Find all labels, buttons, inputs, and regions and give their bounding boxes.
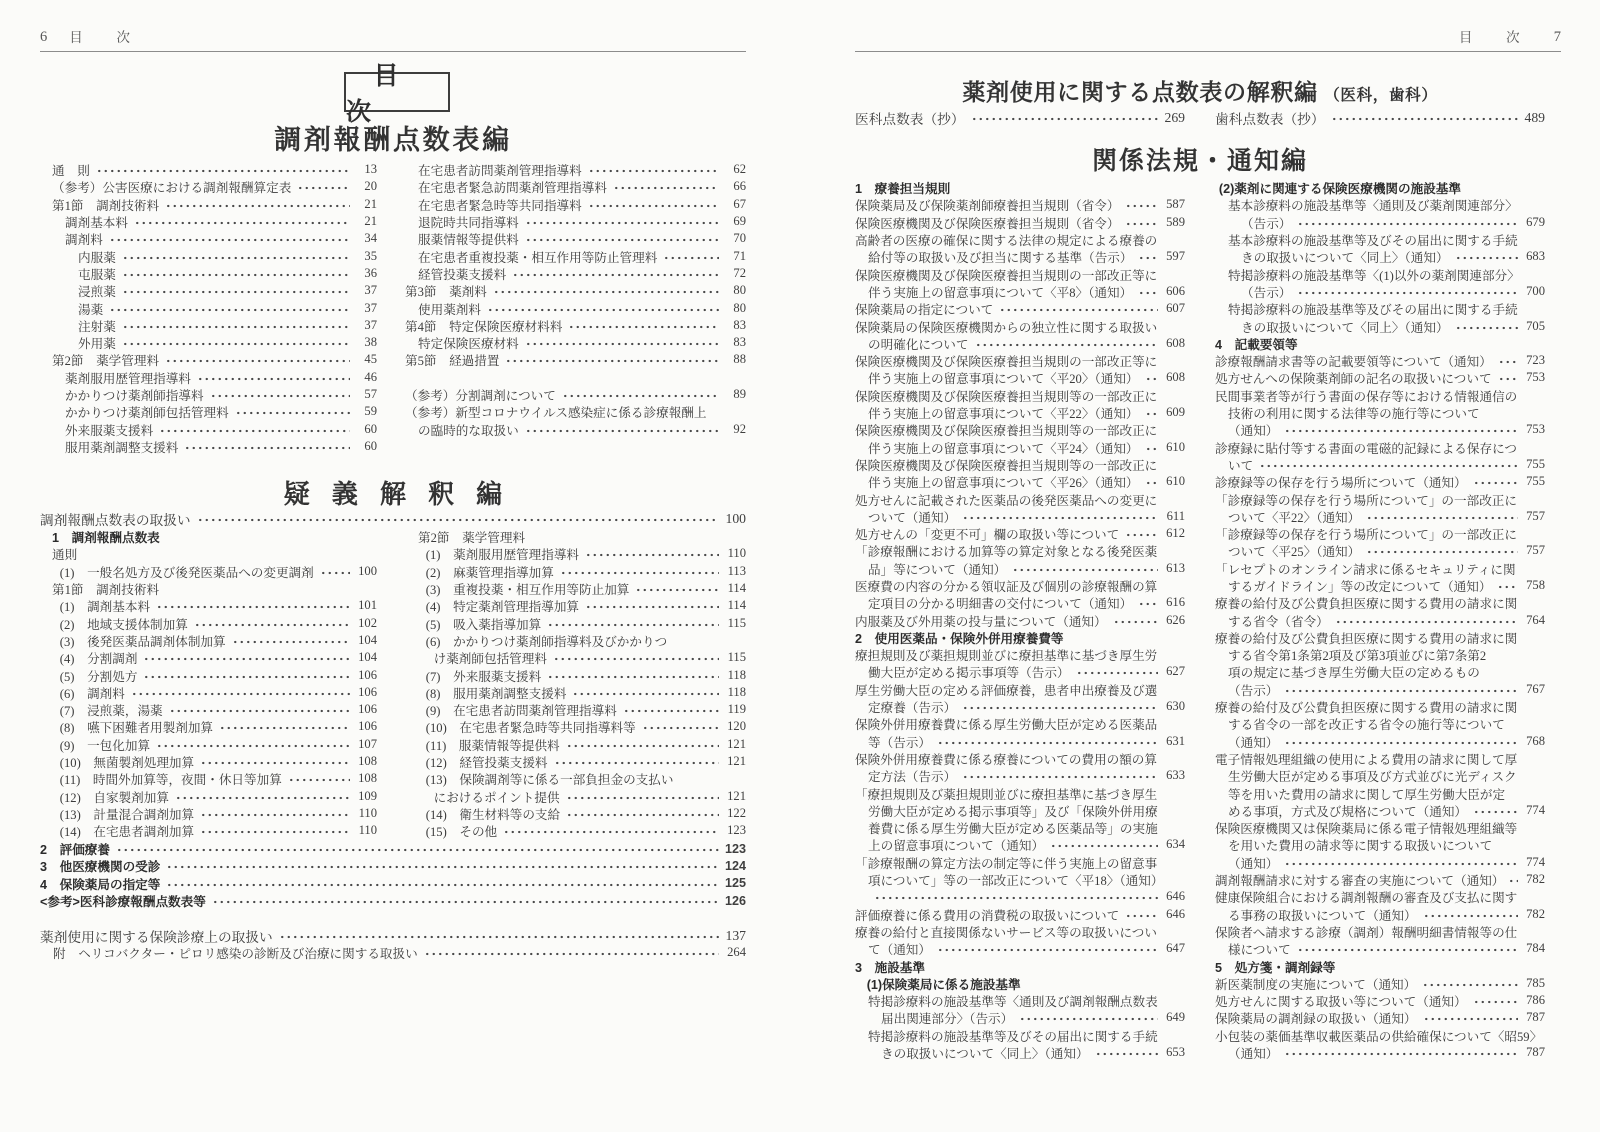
toc-text-line: (2)薬剤に関連する保険医療機関の施設基準 xyxy=(1215,179,1545,196)
toc-entry-label: て（通知） xyxy=(868,939,931,958)
toc-entry-label: (3) 後発医薬品調剤体制加算 xyxy=(60,631,226,650)
toc-entry: 新医薬制度の実施について（通知）785 xyxy=(1215,975,1545,992)
toc-entry-label: ついて〈平22〉（通知） xyxy=(1228,507,1360,526)
toc-entry-label: 保険者へ請求する診療（調剤）報酬明細書情報等の仕 xyxy=(1215,922,1517,941)
toc-entry-label: (6) かかりつけ薬剤師指導料及びかかりつ xyxy=(426,631,667,650)
toc-entry-page-number: 757 xyxy=(1522,543,1545,558)
toc-entry-label: (15) その他 xyxy=(426,821,497,840)
toc-entry-page-number: 100 xyxy=(723,511,746,527)
toc-text-line: (13) 保険調剤等に係る一部負担金の支払い xyxy=(418,770,746,787)
toc-entry-label: 屯服薬 xyxy=(78,264,116,283)
toc-entry-label: 電子情報処理組織の使用による費用の請求に関して厚 xyxy=(1215,749,1517,768)
toc-entry-label: 伴う実施上の留意事項について〈平26〉（通知） xyxy=(868,472,1139,491)
dot-leader xyxy=(1012,567,1158,573)
toc-entry-label: 高齢者の医療の確保に関する法律の規定による療養の xyxy=(855,230,1157,249)
toc-column: 通 則13（参考）公害医療における調剤報酬算定表20第1節 調剤技術料21調剤基… xyxy=(52,161,377,455)
toc-entry-label: 診療録等の保存を行う場所について（通知） xyxy=(1215,472,1467,491)
toc-entry: 等（告示）631 xyxy=(855,733,1185,750)
dot-leader xyxy=(165,203,350,209)
toc-text-line: 保険医療機関及び保険医療養担当規則等の一部改正に xyxy=(855,421,1185,438)
toc-text-line: 保険医療機関及び保険医療養担当規則等の一部改正に xyxy=(855,456,1185,473)
toc-text-line: 療養の給付及び公費負担医療に関する費用の請求に関 xyxy=(1215,629,1545,646)
toc-entry-label: 調剤料 xyxy=(65,229,103,248)
toc-entry-label: 「療担規則及び薬担規則並びに療担基準に基づき厚生 xyxy=(855,784,1157,803)
toc-entry-page-number: 108 xyxy=(354,771,377,786)
toc-text-line: する省令の一部を改正する省令の施行等について xyxy=(1215,715,1545,732)
toc-text-line: 民間事業者等が行う書面の保存等における情報通信の xyxy=(1215,387,1545,404)
toc-entry: (4) 分割調剤104 xyxy=(52,649,377,666)
toc-entry-label: 4 記載要領等 xyxy=(1215,334,1298,353)
toc-entry-page-number: 787 xyxy=(1522,1010,1545,1025)
toc-title-box: 目次 xyxy=(344,72,450,112)
toc-entry: の明確化について608 xyxy=(855,335,1185,352)
toc-text-line: (6) かかりつけ薬剤師指導料及びかかりつ xyxy=(418,632,746,649)
dot-leader xyxy=(175,795,350,801)
toc-entry-label: 処方せんに関する取扱い等について（通知） xyxy=(1215,991,1467,1010)
page-left: 6 目 次 目次 調剤報酬点数表編 通 則13（参考）公害医療における調剤報酬算… xyxy=(0,0,800,1132)
toc-text-line: する省令第1条第2項及び第3項並びに第7条第2 xyxy=(1215,646,1545,663)
toc-entry-label: 歯科点数表（抄） xyxy=(1215,108,1325,128)
dot-leader xyxy=(1076,670,1159,676)
toc-entry: する省令（省令）764 xyxy=(1215,611,1545,628)
toc-entry-page-number: 113 xyxy=(723,564,746,579)
dot-leader xyxy=(424,951,719,957)
toc-entry-label: 医科点数表（抄） xyxy=(855,108,965,128)
toc-entry: (9) 一包化加算107 xyxy=(52,736,377,753)
toc-entry-label: 5 処方箋・調剤録等 xyxy=(1215,957,1335,976)
toc-entry-page-number: 100 xyxy=(354,564,377,579)
toc-entry-label: け薬剤師包括管理料 xyxy=(434,648,547,667)
toc-entry-label: 服用薬剤調整支援料 xyxy=(65,437,178,456)
toc-entry: <参考>医科診療報酬点数表等126 xyxy=(40,892,746,909)
toc-entry-page-number: 66 xyxy=(723,179,746,194)
dot-leader xyxy=(219,725,350,731)
toc-entry-page-number: 785 xyxy=(1522,976,1545,991)
toc-entry: （参考）分割調剤について89 xyxy=(405,386,746,403)
toc-entry-label: 療担規則及び薬担規則並びに療担基準に基づき厚生労 xyxy=(855,645,1157,664)
toc-entry-label: 第1節 調剤技術料 xyxy=(52,195,159,214)
toc-entry-page-number: 758 xyxy=(1522,578,1545,593)
toc-entry-label: (14) 在宅患者調剤加算 xyxy=(60,821,194,840)
dot-leader xyxy=(156,604,350,610)
toc-entry-page-number: 57 xyxy=(354,387,377,402)
part-title-suffix: （医科，歯科） xyxy=(1324,87,1437,104)
toc-entry-label: (1)保険薬局に係る施設基準 xyxy=(867,974,1021,993)
toc-column: 医科点数表（抄）269 xyxy=(855,109,1185,126)
toc-entry-page-number: 114 xyxy=(723,581,746,596)
toc-entry-label: 2 使用医薬品・保険外併用療養費等 xyxy=(855,628,1064,647)
toc-entry-label: 3 他医療機関の受診 xyxy=(40,856,160,875)
toc-text-line: 技術の利用に関する法律等の施行等について xyxy=(1215,404,1545,421)
toc-entry-page-number: 121 xyxy=(723,754,746,769)
toc-entry-page-number: 118 xyxy=(723,685,746,700)
toc-entry-page-number: 597 xyxy=(1162,249,1185,264)
toc-entry-page-number: 21 xyxy=(354,214,377,229)
toc-entry-page-number: 646 xyxy=(1162,889,1185,904)
dot-leader xyxy=(165,358,350,364)
toc-entry: 届出関連部分〉（告示）649 xyxy=(855,1009,1185,1026)
toc-entry: 診療録等の保存を行う場所について（通知）755 xyxy=(1215,473,1545,490)
toc-entry-page-number: 70 xyxy=(723,231,746,246)
dot-leader xyxy=(962,705,1158,711)
dot-leader xyxy=(1145,376,1158,382)
toc-entry-label: 「レセプトのオンライン請求に係るセキュリティに関 xyxy=(1215,559,1516,578)
toc-entry-page-number: 626 xyxy=(1162,613,1185,628)
toc-entry-label: (1) 薬剤服用歴管理指導料 xyxy=(426,544,579,563)
dot-leader xyxy=(1284,1051,1518,1057)
toc-entry-label: 1 療養担当規則 xyxy=(855,178,950,197)
toc-text-line: 「診療報酬の算定方法の制定等に伴う実施上の留意事 xyxy=(855,854,1185,871)
toc-entry-page-number: 782 xyxy=(1522,872,1545,887)
toc-entry-page-number: 633 xyxy=(1162,768,1185,783)
toc-entry-label: 保険薬局の調剤録の取扱い（通知） xyxy=(1215,1008,1417,1027)
toc-entry-label: 療養の給付と直接関係ないサービス等の取扱いについ xyxy=(855,922,1157,941)
toc-entry-label: 伴う実施上の留意事項について〈平22〉（通知） xyxy=(868,403,1139,422)
toc-entry-page-number: 106 xyxy=(354,702,377,717)
toc-entry: 上の留意事項について（通知）634 xyxy=(855,836,1185,853)
toc-entry-label: <参考>医科診療報酬点数表等 xyxy=(40,891,206,910)
toc-entry: (7) 外来服薬支援料118 xyxy=(418,666,746,683)
toc-entry-page-number: 37 xyxy=(354,318,377,333)
toc-entry-label: (4) 特定薬剤管理指導加算 xyxy=(426,596,579,615)
dot-leader xyxy=(1297,947,1518,953)
dot-leader xyxy=(320,570,350,576)
dot-leader xyxy=(1366,549,1518,555)
toc-entry-label: 保険外併用療養費に係る療養についての費用の額の算 xyxy=(855,749,1157,768)
toc-entry-label: (8) 服用薬剤調整支援料 xyxy=(426,683,567,702)
dot-leader xyxy=(1335,619,1518,625)
toc-entry-label: (9) 在宅患者訪問薬剤管理指導料 xyxy=(426,700,617,719)
toc-entry-page-number: 38 xyxy=(354,335,377,350)
toc-entry-page-number: 723 xyxy=(1522,353,1545,368)
toc-entry: (12) 経管投薬支援料121 xyxy=(418,753,746,770)
toc-entry: (4) 特定薬剤管理指導加算114 xyxy=(418,597,746,614)
toc-text-line: 処方せんに記載された医薬品の後発医薬品への変更に xyxy=(855,490,1185,507)
toc-entry: (10) 在宅患者緊急時等共同指導料等120 xyxy=(418,718,746,735)
toc-entry-label: 外来服薬支援料 xyxy=(65,420,153,439)
toc-entry-page-number: 269 xyxy=(1162,110,1185,126)
toc-entry: 評価療養に係る費用の消費税の取扱いについて646 xyxy=(855,905,1185,922)
dot-leader xyxy=(1473,480,1518,486)
toc-text-line xyxy=(405,369,746,386)
toc-entry: ついて〈平22〉（通知）757 xyxy=(1215,508,1545,525)
toc-entry-label: （参考）新型コロナウイルス感染症に係る診療報酬上 xyxy=(405,402,707,421)
toc-entry-label: きの取扱いについて〈同上〉（通知） xyxy=(1241,317,1449,336)
toc-entry: (5) 吸入薬指導加算115 xyxy=(418,614,746,631)
dot-leader xyxy=(562,393,719,399)
toc-entry-label: （通知） xyxy=(1228,732,1278,751)
dot-leader xyxy=(525,220,719,226)
toc-entry-label: (10) 無菌製剤処理加算 xyxy=(60,752,194,771)
toc-entry-page-number: 755 xyxy=(1522,457,1545,472)
toc-entry-label: 保険医療機関及び保険医療養担当規則の一部改正等に xyxy=(855,351,1157,370)
toc-entry: (3) 後発医薬品調剤体制加算104 xyxy=(52,632,377,649)
dot-leader xyxy=(156,743,350,749)
dot-leader xyxy=(232,639,350,645)
toc-entry-page-number: 683 xyxy=(1522,249,1545,264)
toc-entry-page-number: 767 xyxy=(1522,682,1545,697)
toc-text-line: 特掲診療料の施設基準等及びその届出に関する手続 xyxy=(1215,300,1545,317)
toc-entry-label: （通知） xyxy=(1228,1043,1278,1062)
toc-entry: 薬剤服用歴管理指導料46 xyxy=(52,369,377,386)
toc-entry: 在宅患者緊急訪問薬剤管理指導料66 xyxy=(405,178,746,195)
toc-entry-page-number: 69 xyxy=(723,214,746,229)
toc-entry: 在宅患者訪問薬剤管理指導料62 xyxy=(405,161,746,178)
dot-leader xyxy=(169,708,350,714)
toc-entry: 保険医療機関及び保険医療養担当規則（省令）589 xyxy=(855,214,1185,231)
toc-text-line: 5 処方箋・調剤録等 xyxy=(1215,957,1545,974)
toc-text-line: 「療担規則及び薬担規則並びに療担基準に基づき厚生 xyxy=(855,784,1185,801)
toc-entry-page-number: 60 xyxy=(354,422,377,437)
toc-text-line: 基本診療料の施設基準等〈通則及び薬剤関連部分〉 xyxy=(1215,196,1545,213)
toc-entry: (7) 浸煎薬，湯薬106 xyxy=(52,701,377,718)
toc-entry-page-number: 120 xyxy=(723,719,746,734)
dot-leader xyxy=(166,882,719,888)
toc-entry-label: 注射薬 xyxy=(78,316,116,335)
toc-entry: (8) 嚥下困難者用製剤加算106 xyxy=(52,718,377,735)
dot-leader xyxy=(1297,290,1518,296)
toc-entry: (13) 計量混合調剤加算110 xyxy=(52,805,377,822)
dot-leader xyxy=(572,691,719,697)
toc-entry: 歯科点数表（抄）489 xyxy=(1215,109,1545,126)
toc-entry: (6) 調剤料106 xyxy=(52,684,377,701)
toc-entry-page-number: 634 xyxy=(1162,837,1185,852)
toc-text-line: 療担規則及び薬担規則並びに療担基準に基づき厚生労 xyxy=(855,646,1185,663)
toc-entry: （告示）767 xyxy=(1215,681,1545,698)
dot-leader xyxy=(1455,325,1518,331)
toc-entry: ついて（通知）611 xyxy=(855,508,1185,525)
toc-entry-label: 基本診療料の施設基準等及びその届出に関する手続 xyxy=(1228,230,1518,249)
toc-entry-label: 労働大臣が定める掲示事項等」及び「保険外併用療 xyxy=(868,801,1158,820)
toc-entry: 3 他医療機関の受診124 xyxy=(40,857,746,874)
toc-entry-label: (6) 調剤料 xyxy=(60,683,125,702)
toc-text-line: 「レセプトのオンライン請求に係るセキュリティに関 xyxy=(1215,560,1545,577)
toc-entry-label: するガイドライン」等の改定について（通知） xyxy=(1228,576,1491,595)
toc-entry-page-number: 646 xyxy=(1162,907,1185,922)
dot-leader xyxy=(297,185,350,191)
toc-entry-label: 診療録に貼付等する書面の電磁的記録による保存につ xyxy=(1215,438,1517,457)
toc-entry-label: 4 保険薬局の指定等 xyxy=(40,874,160,893)
toc-entry-page-number: 786 xyxy=(1522,993,1545,1008)
toc-column: 在宅患者訪問薬剤管理指導料62在宅患者緊急訪問薬剤管理指導料66在宅患者緊急時等… xyxy=(405,161,746,438)
toc-entry-label: におけるポイント提供 xyxy=(434,787,560,806)
toc-entry-label: 「診療録等の保存を行う場所について」の一部改正に xyxy=(1215,524,1517,543)
toc-entry: 様について784 xyxy=(1215,940,1545,957)
toc-entry: かかりつけ薬剤師指導料57 xyxy=(52,386,377,403)
toc-text-line: 高齢者の医療の確保に関する法律の規定による療養の xyxy=(855,231,1185,248)
toc-entry-label: する省令第1条第2項及び第3項並びに第7条第2 xyxy=(1228,645,1486,664)
toc-entry: 給付等の取扱い及び担当に関する基準（告示）597 xyxy=(855,248,1185,265)
toc-entry: 4 保険薬局の指定等125 xyxy=(40,875,746,892)
dot-leader xyxy=(568,324,719,330)
toc-entry-page-number: 787 xyxy=(1522,1045,1545,1060)
toc-entry-page-number: 83 xyxy=(723,335,746,350)
dot-leader xyxy=(1498,359,1518,365)
dot-leader xyxy=(1473,999,1518,1005)
toc-entry-label: (2) 麻薬管理指導加算 xyxy=(426,562,554,581)
toc-fullwidth-list: 2 評価療養1233 他医療機関の受診1244 保険薬局の指定等125<参考>医… xyxy=(40,840,746,909)
toc-entry-label: 在宅患者重複投薬・相互作用等防止管理料 xyxy=(418,247,657,266)
toc-entry-label: かかりつけ薬剤師包括管理料 xyxy=(65,402,229,421)
dot-leader xyxy=(1497,584,1518,590)
toc-entry-page-number: 37 xyxy=(354,283,377,298)
toc-entry-page-number: 60 xyxy=(354,439,377,454)
dot-leader xyxy=(512,272,719,278)
toc-entry-page-number: 83 xyxy=(723,318,746,333)
toc-entry-label: 伴う実施上の留意事項について〈平24〉（通知） xyxy=(868,438,1139,457)
toc-entry-page-number: 46 xyxy=(354,370,377,385)
toc-entry: におけるポイント提供121 xyxy=(418,787,746,804)
toc-entry-page-number: 782 xyxy=(1522,907,1545,922)
toc-entry: (9) 在宅患者訪問薬剤管理指導料119 xyxy=(418,701,746,718)
toc-entry-label: (7) 浸煎薬，湯薬 xyxy=(60,700,163,719)
toc-entry: 保険薬局の調剤録の取扱い（通知）787 xyxy=(1215,1009,1545,1026)
toc-text-line: 1 調剤報酬点数表 xyxy=(52,528,377,545)
toc-entry-page-number: 123 xyxy=(723,842,746,856)
toc-entry-page-number: 71 xyxy=(723,249,746,264)
dot-leader xyxy=(999,307,1158,313)
toc-entry-label: 品」等について（通知） xyxy=(868,559,1006,578)
toc-entry-label: 技術の利用に関する法律等の施行等について xyxy=(1228,403,1480,422)
toc-entry-page-number: 123 xyxy=(723,823,746,838)
toc-entry: 処方せんへの保険薬剤師の記名の取扱いについて753 xyxy=(1215,369,1545,386)
dot-leader xyxy=(159,428,350,434)
toc-entry: (2) 麻薬管理指導加算113 xyxy=(418,563,746,580)
toc-text-line: 療養の給付及び公費負担医療に関する費用の請求に関 xyxy=(1215,698,1545,715)
toc-entry-label: 調剤報酬請求に対する審査の実施について（通知） xyxy=(1215,870,1502,889)
dot-leader xyxy=(1125,221,1158,227)
toc-entry-label: 在宅患者緊急時等共同指導料 xyxy=(418,195,582,214)
toc-entry-label: 療養の給付及び公費負担医療に関する費用の請求に関 xyxy=(1215,628,1517,647)
toc-entry-label: 定療養（告示） xyxy=(868,697,956,716)
dot-leader xyxy=(560,570,719,576)
dot-leader xyxy=(131,691,350,697)
toc-entry-page-number: 101 xyxy=(354,598,377,613)
toc-entry-page-number: 649 xyxy=(1162,1010,1185,1025)
dot-leader xyxy=(547,674,719,680)
toc-entry-page-number: 119 xyxy=(723,702,746,717)
toc-text-line: 養費に係る厚生労働大臣が定める医薬品等」の実施 xyxy=(855,819,1185,836)
toc-entry: きの取扱いについて〈同上〉（通知）653 xyxy=(855,1044,1185,1061)
toc-column: 1 調剤報酬点数表通則(1) 一般名処方及び後発医薬品への変更調剤100第1節 … xyxy=(52,528,377,839)
part-title-yakuzai-kaishaku: 薬剤使用に関する点数表の解釈編 （医科，歯科） xyxy=(855,74,1545,107)
toc-entry-page-number: 264 xyxy=(723,945,746,960)
toc-entry-label: 療養の給付及び公費負担医療に関する費用の請求に関 xyxy=(1215,593,1517,612)
toc-entry-page-number: 124 xyxy=(723,859,746,873)
toc-entry-label: (3) 重複投薬・相互作用等防止加算 xyxy=(426,579,630,598)
toc-entry-page-number: 757 xyxy=(1522,509,1545,524)
dot-leader xyxy=(122,289,350,295)
toc-entry-page-number: 20 xyxy=(354,179,377,194)
dot-leader xyxy=(962,515,1158,521)
toc-entry: 内服薬35 xyxy=(52,247,377,264)
toc-entry-label: いて xyxy=(1228,455,1253,474)
toc-entry-label: める事項，方式及び規格について（通知） xyxy=(1228,801,1467,820)
dot-leader xyxy=(588,203,719,209)
dot-leader xyxy=(1455,255,1518,261)
toc-entry-page-number: 653 xyxy=(1162,1045,1185,1060)
dot-leader xyxy=(1259,463,1518,469)
toc-entry-page-number: 92 xyxy=(723,422,746,437)
toc-entry-page-number: 611 xyxy=(1162,509,1185,524)
toc-entry-label: 処方せんの「変更不可」欄の取扱い等について xyxy=(855,524,1119,543)
toc-entry-label: (8) 嚥下困難者用製剤加算 xyxy=(60,717,213,736)
toc-text-line: 特掲診療料の施設基準等〈通則及び調剤報酬点数表 xyxy=(855,992,1185,1009)
toc-entry: (1) 一般名処方及び後発医薬品への変更調剤100 xyxy=(52,563,377,580)
toc-entry-label: 伴う実施上の留意事項について〈平20〉（通知） xyxy=(868,368,1139,387)
toc-entry: 経管投薬支援料72 xyxy=(405,265,746,282)
running-header-label: 目 次 xyxy=(1459,26,1530,46)
toc-entry-page-number: 612 xyxy=(1162,526,1185,541)
toc-entry-label: 給付等の取扱い及び担当に関する基準（告示） xyxy=(868,247,1132,266)
toc-entry: て（通知）647 xyxy=(855,940,1185,957)
dot-leader xyxy=(96,168,350,174)
toc-entry-label: (2) 地域支援体制加算 xyxy=(60,614,188,633)
toc-entry-label: 項の規定に基づき厚生労働大臣の定めるもの xyxy=(1228,662,1480,681)
toc-entry: 医科点数表（抄）269 xyxy=(855,109,1185,126)
page-number: 6 xyxy=(40,29,47,46)
toc-entry-page-number: 106 xyxy=(354,668,377,683)
toc-entry: いて755 xyxy=(1215,456,1545,473)
toc-entry-label: (12) 経管投薬支援料 xyxy=(426,752,548,771)
dot-leader xyxy=(505,358,719,364)
toc-entry-label: 保険外併用療養費に係る厚生労働大臣が定める医薬品 xyxy=(855,714,1157,733)
toc-entry-label: 処方せんに記載された医薬品の後発医薬品への変更に xyxy=(855,490,1157,509)
page-right: 目 次 7 薬剤使用に関する点数表の解釈編 （医科，歯科） 医科点数表（抄）26… xyxy=(800,0,1600,1132)
toc-entry-label: (12) 自家製剤加算 xyxy=(60,787,169,806)
dot-leader xyxy=(1125,913,1158,919)
toc-entry-label: (11) 服薬情報等提供料 xyxy=(426,735,560,754)
toc-entry-page-number: 700 xyxy=(1522,284,1545,299)
toc-text-line: 保険外併用療養費に係る厚生労働大臣が定める医薬品 xyxy=(855,715,1185,732)
toc-text-line: 「診療録等の保存を行う場所について」の一部改正に xyxy=(1215,490,1545,507)
dot-leader xyxy=(122,272,350,278)
toc-entry-label: の臨時的な取扱い xyxy=(418,420,519,439)
toc-entry: 定方法（告示）633 xyxy=(855,767,1185,784)
toc-entry: 服薬情報等提供料70 xyxy=(405,230,746,247)
toc-text-line: 項の規定に基づき厚生労働大臣の定めるもの xyxy=(1215,663,1545,680)
dot-leader xyxy=(1473,809,1518,815)
toc-entry-page-number: 627 xyxy=(1162,664,1185,679)
dot-leader xyxy=(1145,446,1158,452)
toc-entry-page-number: 80 xyxy=(723,301,746,316)
toc-entry-label: ついて〈平25〉（通知） xyxy=(1228,541,1360,560)
toc-entry: める事項，方式及び規格について（通知）774 xyxy=(1215,802,1545,819)
dot-leader xyxy=(585,552,719,558)
toc-entry-label: 第2節 薬学管理料 xyxy=(418,527,525,546)
dot-leader xyxy=(566,795,719,801)
toc-entry: 伴う実施上の留意事項について〈平26〉（通知）610 xyxy=(855,473,1185,490)
toc-entry: 使用薬剤料80 xyxy=(405,299,746,316)
dot-leader xyxy=(566,812,719,818)
toc-entry-label: 特掲診療料の施設基準等〈(1)以外の薬剤関連部分〉 xyxy=(1228,265,1520,284)
toc-entry-label: 特掲診療料の施設基準等〈通則及び調剤報酬点数表 xyxy=(868,991,1158,1010)
toc-text-line: 4 記載要領等 xyxy=(1215,335,1545,352)
toc-text-line: 基本診療料の施設基準等及びその届出に関する手続 xyxy=(1215,231,1545,248)
toc-entry: (1) 調剤基本料101 xyxy=(52,597,377,614)
dot-leader xyxy=(200,829,350,835)
dot-leader xyxy=(874,895,1158,901)
toc-entry-label: （参考）公害医療における調剤報酬算定表 xyxy=(52,177,291,196)
toc-entry-page-number: 45 xyxy=(354,352,377,367)
toc-entry-label: 生労働大臣が定める事項及び方式並びに光ディスク xyxy=(1228,766,1517,785)
toc-entry-label: 服薬情報等提供料 xyxy=(418,229,519,248)
toc-entry-label: 在宅患者訪問薬剤管理指導料 xyxy=(418,160,582,179)
dot-leader xyxy=(200,760,350,766)
dot-leader xyxy=(971,116,1158,122)
dot-leader xyxy=(503,829,719,835)
dot-leader xyxy=(1145,480,1158,486)
